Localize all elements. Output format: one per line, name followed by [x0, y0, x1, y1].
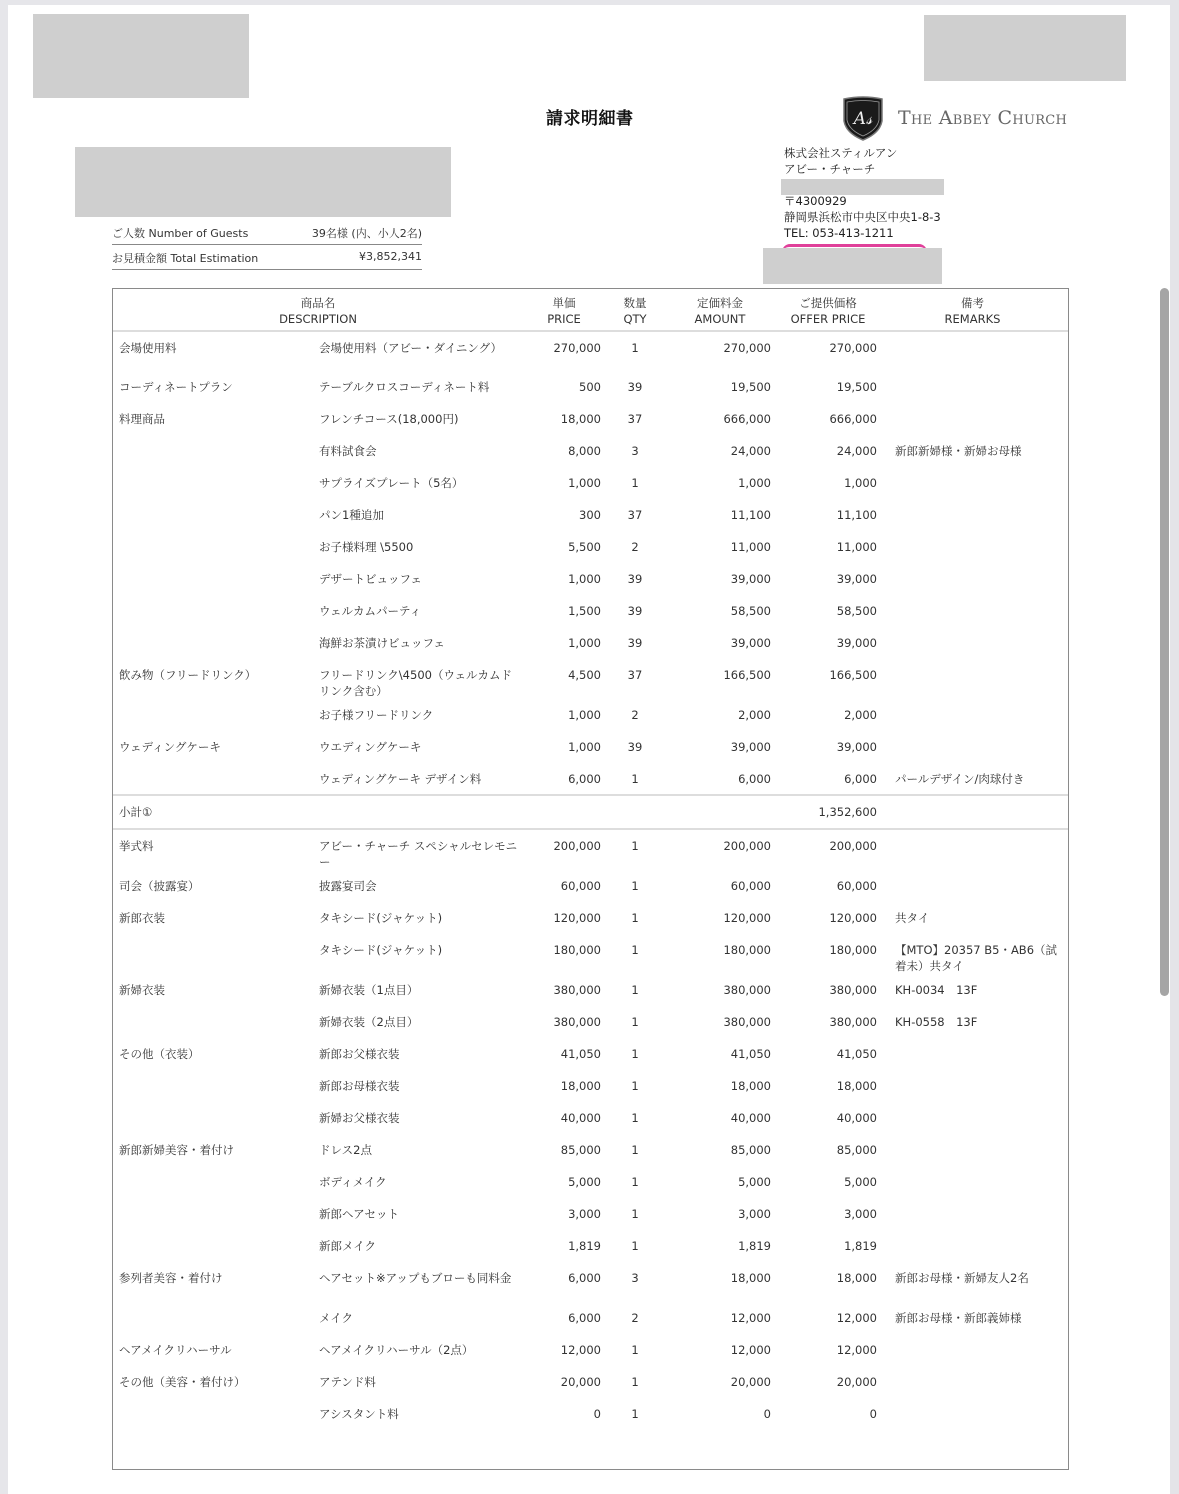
remarks-cell	[881, 1038, 1068, 1070]
description-cell: 新郎お母様衣装	[315, 1070, 523, 1102]
remarks-cell: 【MTO】20357 B5・AB6（試着未）共タイ	[881, 934, 1068, 974]
price-cell: 18,000	[523, 403, 605, 435]
table-row: パン1種追加3003711,10011,100	[113, 499, 1068, 531]
offer-price-cell: 180,000	[775, 934, 881, 974]
price-cell: 6,000	[523, 1302, 605, 1334]
category-cell	[113, 1102, 315, 1134]
amount-cell: 180,000	[665, 934, 775, 974]
offer-price-cell: 39,000	[775, 627, 881, 659]
svg-text:A𝓈: A𝓈	[852, 109, 873, 129]
guests-value: 39名様 (内、小人2名)	[312, 225, 422, 241]
qty-cell: 1	[605, 829, 665, 870]
description-cell: ドレス2点	[315, 1134, 523, 1166]
remarks-cell	[881, 403, 1068, 435]
category-cell	[113, 1198, 315, 1230]
offer-price-cell: 3,000	[775, 1198, 881, 1230]
header-offer-price: ご提供価格OFFER PRICE	[775, 289, 881, 331]
remarks-cell	[881, 371, 1068, 403]
description-cell: タキシード(ジャケット)	[315, 934, 523, 974]
description-cell: デザートビュッフェ	[315, 563, 523, 595]
qty-cell: 1	[605, 1334, 665, 1366]
category-cell	[113, 499, 315, 531]
description-cell: アシスタント料	[315, 1398, 523, 1430]
redacted-block	[924, 15, 1126, 81]
qty-cell: 3	[605, 1262, 665, 1302]
amount-cell: 41,050	[665, 1038, 775, 1070]
remarks-cell: 新郎お母様・新婦友人2名	[881, 1262, 1068, 1302]
table-row: 挙式料アビー・チャーチ スペシャルセレモニー200,0001200,000200…	[113, 829, 1068, 870]
qty-cell: 1	[605, 467, 665, 499]
offer-price-cell: 40,000	[775, 1102, 881, 1134]
price-cell: 18,000	[523, 1070, 605, 1102]
offer-price-cell: 200,000	[775, 829, 881, 870]
guests-label: ご人数 Number of Guests	[112, 225, 248, 241]
price-cell: 5,000	[523, 1166, 605, 1198]
qty-cell: 3	[605, 435, 665, 467]
amount-cell: 6,000	[665, 763, 775, 795]
qty-cell: 1	[605, 331, 665, 371]
qty-cell: 1	[605, 1102, 665, 1134]
price-cell: 500	[523, 371, 605, 403]
qty-cell: 39	[605, 371, 665, 403]
description-cell: 新婦お父様衣装	[315, 1102, 523, 1134]
qty-cell: 1	[605, 902, 665, 934]
qty-cell: 1	[605, 1198, 665, 1230]
qty-cell: 1	[605, 1398, 665, 1430]
remarks-cell: KH-0558 13F	[881, 1006, 1068, 1038]
price-cell: 41,050	[523, 1038, 605, 1070]
table-row: アシスタント料0100	[113, 1398, 1068, 1430]
scrollbar-track[interactable]	[1170, 0, 1179, 1494]
price-cell: 6,000	[523, 763, 605, 795]
description-cell: アテンド料	[315, 1366, 523, 1398]
offer-price-cell: 39,000	[775, 731, 881, 763]
table-row: その他（衣装）新郎お父様衣装41,050141,05041,050	[113, 1038, 1068, 1070]
description-cell: テーブルクロスコーディネート料	[315, 371, 523, 403]
price-cell: 1,500	[523, 595, 605, 627]
description-cell: ウエディングケーキ	[315, 731, 523, 763]
price-cell: 12,000	[523, 1334, 605, 1366]
remarks-cell	[881, 499, 1068, 531]
description-cell: アビー・チャーチ スペシャルセレモニー	[315, 829, 523, 870]
street-address: 静岡県浜松市中央区中央1-8-3	[784, 209, 941, 225]
phone-number: TEL: 053-413-1211	[784, 225, 941, 241]
description-cell: 会場使用料（アビー・ダイニング）	[315, 331, 523, 371]
remarks-cell	[881, 563, 1068, 595]
amount-cell: 11,100	[665, 499, 775, 531]
category-cell: 参列者美容・着付け	[113, 1262, 315, 1302]
price-cell: 200,000	[523, 829, 605, 870]
offer-price-cell: 6,000	[775, 763, 881, 795]
category-cell	[113, 699, 315, 731]
category-cell	[113, 467, 315, 499]
amount-cell: 18,000	[665, 1070, 775, 1102]
remarks-cell	[881, 595, 1068, 627]
category-cell	[113, 1302, 315, 1334]
qty-cell: 1	[605, 1230, 665, 1262]
subtotal-row: 小計①1,352,600	[113, 795, 1068, 829]
remarks-cell	[881, 1198, 1068, 1230]
estimate-summary: ご人数 Number of Guests 39名様 (内、小人2名) お見積金額…	[112, 221, 422, 270]
category-cell	[113, 1230, 315, 1262]
offer-price-cell: 18,000	[775, 1070, 881, 1102]
qty-cell: 39	[605, 595, 665, 627]
category-cell	[113, 1398, 315, 1430]
amount-cell: 270,000	[665, 331, 775, 371]
price-cell: 8,000	[523, 435, 605, 467]
remarks-cell	[881, 467, 1068, 499]
price-cell: 6,000	[523, 1262, 605, 1302]
total-value: ¥3,852,341	[359, 250, 422, 266]
redacted-block	[75, 147, 451, 217]
remarks-cell: 共タイ	[881, 902, 1068, 934]
description-cell: メイク	[315, 1302, 523, 1334]
category-cell	[113, 595, 315, 627]
qty-cell: 1	[605, 763, 665, 795]
price-cell: 380,000	[523, 974, 605, 1006]
table-row: 新郎お母様衣装18,000118,00018,000	[113, 1070, 1068, 1102]
offer-price-cell: 380,000	[775, 974, 881, 1006]
category-cell	[113, 1166, 315, 1198]
amount-cell: 19,500	[665, 371, 775, 403]
category-cell: 飲み物（フリードリンク）	[113, 659, 315, 699]
amount-cell: 5,000	[665, 1166, 775, 1198]
logo-wordmark: The Abbey Church	[898, 107, 1067, 129]
header-description: 商品名DESCRIPTION	[113, 289, 523, 331]
remarks-cell: パールデザイン/肉球付き	[881, 763, 1068, 795]
category-cell	[113, 627, 315, 659]
category-cell	[113, 934, 315, 974]
offer-price-cell: 380,000	[775, 1006, 881, 1038]
remarks-cell	[881, 1134, 1068, 1166]
price-cell: 60,000	[523, 870, 605, 902]
offer-price-cell: 60,000	[775, 870, 881, 902]
total-row: お見積金額 Total Estimation ¥3,852,341	[112, 246, 422, 270]
category-cell	[113, 531, 315, 563]
description-cell: ボディメイク	[315, 1166, 523, 1198]
category-cell: コーディネートプラン	[113, 371, 315, 403]
amount-cell: 12,000	[665, 1334, 775, 1366]
price-cell: 300	[523, 499, 605, 531]
qty-cell: 37	[605, 499, 665, 531]
table-row: 飲み物（フリードリンク）フリードリンク\4500（ウェルカムドリンク含む）4,5…	[113, 659, 1068, 699]
qty-cell: 39	[605, 627, 665, 659]
remarks-cell	[881, 1166, 1068, 1198]
category-cell	[113, 1070, 315, 1102]
qty-cell: 1	[605, 1134, 665, 1166]
redacted-block	[781, 179, 944, 195]
category-cell	[113, 1006, 315, 1038]
subtotal-label: 小計①	[113, 795, 315, 829]
amount-cell: 120,000	[665, 902, 775, 934]
category-cell	[113, 435, 315, 467]
description-cell: パン1種追加	[315, 499, 523, 531]
description-cell: お子様フリードリンク	[315, 699, 523, 731]
description-cell: 新郎メイク	[315, 1230, 523, 1262]
qty-cell: 1	[605, 1070, 665, 1102]
description-cell: 有料試食会	[315, 435, 523, 467]
amount-cell: 1,000	[665, 467, 775, 499]
offer-price-cell: 39,000	[775, 563, 881, 595]
table-row: 参列者美容・着付けヘアセット※アップもブローも同料金6,000318,00018…	[113, 1262, 1068, 1302]
description-cell: フリードリンク\4500（ウェルカムドリンク含む）	[315, 659, 523, 699]
remarks-cell	[881, 1334, 1068, 1366]
description-cell: 新郎お父様衣装	[315, 1038, 523, 1070]
scrollbar-thumb[interactable]	[1160, 288, 1169, 996]
abbey-church-shield-icon: A𝓈	[842, 95, 884, 141]
description-cell: 新婦衣装（2点目）	[315, 1006, 523, 1038]
postal-code: 〒4300929	[784, 193, 941, 209]
offer-price-cell: 18,000	[775, 1262, 881, 1302]
qty-cell: 1	[605, 1366, 665, 1398]
table-row: 司会（披露宴）披露宴司会60,000160,00060,000	[113, 870, 1068, 902]
header-price: 単価PRICE	[523, 289, 605, 331]
offer-price-cell: 85,000	[775, 1134, 881, 1166]
qty-cell: 37	[605, 659, 665, 699]
table-row: 会場使用料会場使用料（アビー・ダイニング）270,0001270,000270,…	[113, 331, 1068, 371]
offer-price-cell: 58,500	[775, 595, 881, 627]
amount-cell: 12,000	[665, 1302, 775, 1334]
price-cell: 20,000	[523, 1366, 605, 1398]
description-cell: お子様料理 \5500	[315, 531, 523, 563]
subtotal-value: 1,352,600	[775, 795, 881, 829]
offer-price-cell: 1,819	[775, 1230, 881, 1262]
table-row: タキシード(ジャケット)180,0001180,000180,000【MTO】2…	[113, 934, 1068, 974]
price-cell: 1,819	[523, 1230, 605, 1262]
description-cell: タキシード(ジャケット)	[315, 902, 523, 934]
description-cell: ヘアセット※アップもブローも同料金	[315, 1262, 523, 1302]
header-amount: 定価料金AMOUNT	[665, 289, 775, 331]
qty-cell: 2	[605, 699, 665, 731]
category-cell: 挙式料	[113, 829, 315, 870]
table-row: 有料試食会8,000324,00024,000新郎新婦様・新婦お母様	[113, 435, 1068, 467]
price-cell: 3,000	[523, 1198, 605, 1230]
offer-price-cell: 12,000	[775, 1334, 881, 1366]
category-cell: ヘアメイクリハーサル	[113, 1334, 315, 1366]
offer-price-cell: 20,000	[775, 1366, 881, 1398]
price-cell: 4,500	[523, 659, 605, 699]
remarks-cell: 新郎お母様・新郎義姉様	[881, 1302, 1068, 1334]
category-cell: 新郎衣装	[113, 902, 315, 934]
offer-price-cell: 24,000	[775, 435, 881, 467]
offer-price-cell: 166,500	[775, 659, 881, 699]
price-cell: 1,000	[523, 731, 605, 763]
offer-price-cell: 41,050	[775, 1038, 881, 1070]
amount-cell: 0	[665, 1398, 775, 1430]
offer-price-cell: 0	[775, 1398, 881, 1430]
qty-cell: 1	[605, 974, 665, 1006]
qty-cell: 1	[605, 934, 665, 974]
venue-name: アビー・チャーチ	[784, 161, 941, 177]
remarks-cell	[881, 829, 1068, 870]
price-cell: 1,000	[523, 627, 605, 659]
amount-cell: 58,500	[665, 595, 775, 627]
qty-cell: 1	[605, 1038, 665, 1070]
amount-cell: 166,500	[665, 659, 775, 699]
category-cell: 料理商品	[113, 403, 315, 435]
remarks-cell	[881, 1070, 1068, 1102]
amount-cell: 40,000	[665, 1102, 775, 1134]
qty-cell: 2	[605, 1302, 665, 1334]
table-header: 商品名DESCRIPTION 単価PRICE 数量QTY 定価料金AMOUNT …	[113, 289, 1068, 331]
offer-price-cell: 19,500	[775, 371, 881, 403]
redacted-block	[763, 248, 942, 284]
table-row: ウェディングケーキ デザイン料6,00016,0006,000パールデザイン/肉…	[113, 763, 1068, 795]
amount-cell: 39,000	[665, 563, 775, 595]
description-cell: 新婦衣装（1点目）	[315, 974, 523, 1006]
offer-price-cell: 120,000	[775, 902, 881, 934]
table-row: ウェルカムパーティ1,5003958,50058,500	[113, 595, 1068, 627]
category-cell: ウェディングケーキ	[113, 731, 315, 763]
table-row: 新婦衣装（2点目）380,0001380,000380,000KH-0558 1…	[113, 1006, 1068, 1038]
offer-price-cell: 11,100	[775, 499, 881, 531]
remarks-cell	[881, 1102, 1068, 1134]
category-cell: 新郎新婦美容・着付け	[113, 1134, 315, 1166]
qty-cell: 39	[605, 731, 665, 763]
table-row: その他（美容・着付け）アテンド料20,000120,00020,000	[113, 1366, 1068, 1398]
remarks-cell	[881, 870, 1068, 902]
amount-cell: 666,000	[665, 403, 775, 435]
document-page: 請求明細書 ご人数 Number of Guests 39名様 (内、小人2名)…	[8, 5, 1170, 1494]
description-cell: ウェディングケーキ デザイン料	[315, 763, 523, 795]
offer-price-cell: 1,000	[775, 467, 881, 499]
description-cell: サプライズプレート（5名）	[315, 467, 523, 499]
amount-cell: 60,000	[665, 870, 775, 902]
company-name: 株式会社スティルアン	[784, 145, 941, 161]
table-row: コーディネートプランテーブルクロスコーディネート料5003919,50019,5…	[113, 371, 1068, 403]
table-row: 新郎衣装タキシード(ジャケット)120,0001120,000120,000共タ…	[113, 902, 1068, 934]
price-cell: 380,000	[523, 1006, 605, 1038]
price-cell: 270,000	[523, 331, 605, 371]
amount-cell: 200,000	[665, 829, 775, 870]
offer-price-cell: 666,000	[775, 403, 881, 435]
table-row: 新郎メイク1,81911,8191,819	[113, 1230, 1068, 1262]
description-cell: フレンチコース(18,000円)	[315, 403, 523, 435]
amount-cell: 20,000	[665, 1366, 775, 1398]
amount-cell: 39,000	[665, 627, 775, 659]
table-row: ボディメイク5,00015,0005,000	[113, 1166, 1068, 1198]
category-cell	[113, 563, 315, 595]
description-cell: 新郎ヘアセット	[315, 1198, 523, 1230]
table-row: 新婦衣装新婦衣装（1点目）380,0001380,000380,000KH-00…	[113, 974, 1068, 1006]
table-row: 新郎新婦美容・着付けドレス2点85,000185,00085,000	[113, 1134, 1068, 1166]
category-cell: その他（衣装）	[113, 1038, 315, 1070]
redacted-block	[33, 14, 249, 98]
offer-price-cell: 270,000	[775, 331, 881, 371]
table-row: お子様料理 \55005,500211,00011,000	[113, 531, 1068, 563]
remarks-cell	[881, 699, 1068, 731]
amount-cell: 24,000	[665, 435, 775, 467]
offer-price-cell: 12,000	[775, 1302, 881, 1334]
remarks-cell	[881, 1366, 1068, 1398]
table-row: 海鮮お茶漬けビュッフェ1,0003939,00039,000	[113, 627, 1068, 659]
header-qty: 数量QTY	[605, 289, 665, 331]
amount-cell: 85,000	[665, 1134, 775, 1166]
table-row: サプライズプレート（5名）1,00011,0001,000	[113, 467, 1068, 499]
category-cell: 会場使用料	[113, 331, 315, 371]
price-cell: 1,000	[523, 467, 605, 499]
table-row: ヘアメイクリハーサルヘアメイクリハーサル（2点）12,000112,00012,…	[113, 1334, 1068, 1366]
remarks-cell	[881, 731, 1068, 763]
amount-cell: 380,000	[665, 974, 775, 1006]
qty-cell: 1	[605, 1006, 665, 1038]
category-cell: 司会（披露宴）	[113, 870, 315, 902]
remarks-cell	[881, 1398, 1068, 1430]
price-cell: 85,000	[523, 1134, 605, 1166]
header-remarks: 備考REMARKS	[881, 289, 1068, 331]
qty-cell: 37	[605, 403, 665, 435]
price-cell: 180,000	[523, 934, 605, 974]
offer-price-cell: 11,000	[775, 531, 881, 563]
amount-cell: 11,000	[665, 531, 775, 563]
price-cell: 120,000	[523, 902, 605, 934]
remarks-cell: KH-0034 13F	[881, 974, 1068, 1006]
table-row: 料理商品フレンチコース(18,000円)18,00037666,000666,0…	[113, 403, 1068, 435]
table-row: 新郎ヘアセット3,00013,0003,000	[113, 1198, 1068, 1230]
amount-cell: 18,000	[665, 1262, 775, 1302]
remarks-cell	[881, 531, 1068, 563]
total-label: お見積金額 Total Estimation	[112, 250, 258, 266]
amount-cell: 380,000	[665, 1006, 775, 1038]
category-cell: その他（美容・着付け）	[113, 1366, 315, 1398]
remarks-cell: 新郎新婦様・新婦お母様	[881, 435, 1068, 467]
qty-cell: 1	[605, 870, 665, 902]
vendor-logo: A𝓈 The Abbey Church	[842, 95, 1067, 141]
qty-cell: 2	[605, 531, 665, 563]
remarks-cell	[881, 659, 1068, 699]
description-cell: ヘアメイクリハーサル（2点）	[315, 1334, 523, 1366]
offer-price-cell: 2,000	[775, 699, 881, 731]
qty-cell: 1	[605, 1166, 665, 1198]
table-row: お子様フリードリンク1,00022,0002,000	[113, 699, 1068, 731]
table-row: デザートビュッフェ1,0003939,00039,000	[113, 563, 1068, 595]
guests-row: ご人数 Number of Guests 39名様 (内、小人2名)	[112, 221, 422, 245]
table-row: メイク6,000212,00012,000新郎お母様・新郎義姉様	[113, 1302, 1068, 1334]
table-body: 会場使用料会場使用料（アビー・ダイニング）270,0001270,000270,…	[113, 331, 1068, 1430]
price-cell: 1,000	[523, 563, 605, 595]
amount-cell: 3,000	[665, 1198, 775, 1230]
description-cell: 海鮮お茶漬けビュッフェ	[315, 627, 523, 659]
amount-cell: 2,000	[665, 699, 775, 731]
price-cell: 40,000	[523, 1102, 605, 1134]
price-cell: 1,000	[523, 699, 605, 731]
invoice-table: 商品名DESCRIPTION 単価PRICE 数量QTY 定価料金AMOUNT …	[112, 288, 1069, 1470]
amount-cell: 39,000	[665, 731, 775, 763]
table-row: 新婦お父様衣装40,000140,00040,000	[113, 1102, 1068, 1134]
offer-price-cell: 5,000	[775, 1166, 881, 1198]
table-row: ウェディングケーキウエディングケーキ1,0003939,00039,000	[113, 731, 1068, 763]
price-cell: 0	[523, 1398, 605, 1430]
remarks-cell	[881, 1230, 1068, 1262]
category-cell	[113, 763, 315, 795]
category-cell: 新婦衣装	[113, 974, 315, 1006]
qty-cell: 39	[605, 563, 665, 595]
price-cell: 5,500	[523, 531, 605, 563]
remarks-cell	[881, 627, 1068, 659]
amount-cell: 1,819	[665, 1230, 775, 1262]
remarks-cell	[881, 331, 1068, 371]
document-title: 請求明細書	[546, 104, 634, 129]
description-cell: 披露宴司会	[315, 870, 523, 902]
description-cell: ウェルカムパーティ	[315, 595, 523, 627]
